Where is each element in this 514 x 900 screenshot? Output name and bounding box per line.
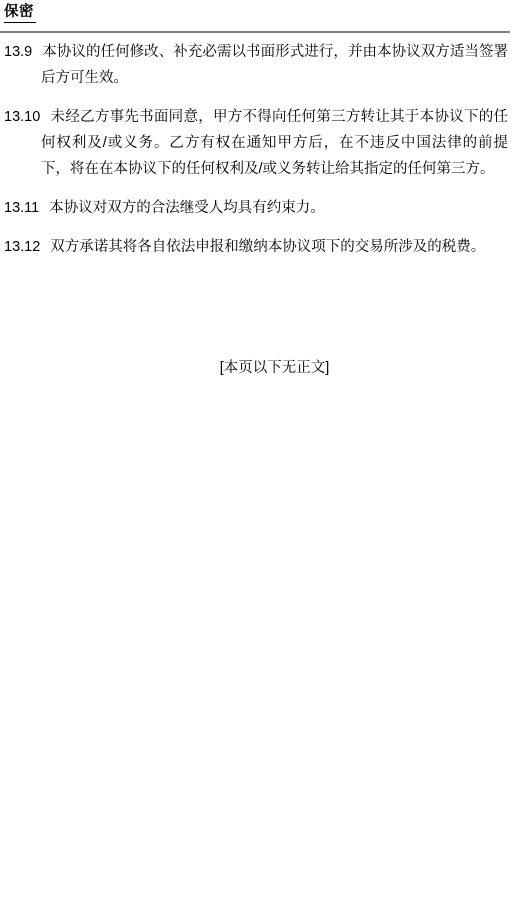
clause-text: 未经乙方事先书面同意，甲方不得向任何第三方转让其于本协议下的任何权利及/或义务。… <box>41 109 508 177</box>
clause-text: 本协议对双方的合法继受人均具有约束力。 <box>49 200 325 216</box>
page-header: 保密 <box>0 0 514 23</box>
clause-13-9: 13.9本协议的任何修改、补充必需以书面形式进行，并由本协议双方适当签署后方可生… <box>4 39 508 91</box>
confidential-label: 保密 <box>4 4 36 23</box>
clause-text: 本协议的任何修改、补充必需以书面形式进行，并由本协议双方适当签署后方可生效。 <box>41 44 508 86</box>
no-text-below-note: [本页以下无正文] <box>4 355 508 381</box>
clause-13-12: 13.12双方承诺其将各自依法申报和缴纳本协议项下的交易所涉及的税费。 <box>4 234 508 260</box>
clause-number: 13.12 <box>4 239 40 255</box>
clause-text: 双方承诺其将各自依法申报和缴纳本协议项下的交易所涉及的税费。 <box>50 239 485 255</box>
clause-number: 13.9 <box>4 44 32 60</box>
clause-number: 13.11 <box>4 200 39 216</box>
clause-13-10: 13.10未经乙方事先书面同意，甲方不得向任何第三方转让其于本协议下的任何权利及… <box>4 104 508 182</box>
clause-13-11: 13.11本协议对双方的合法继受人均具有约束力。 <box>4 195 508 221</box>
clauses-section: 13.9本协议的任何修改、补充必需以书面形式进行，并由本协议双方适当签署后方可生… <box>0 33 514 381</box>
clause-number: 13.10 <box>4 109 40 125</box>
document-page: 保密 13.9本协议的任何修改、补充必需以书面形式进行，并由本协议双方适当签署后… <box>0 0 514 900</box>
